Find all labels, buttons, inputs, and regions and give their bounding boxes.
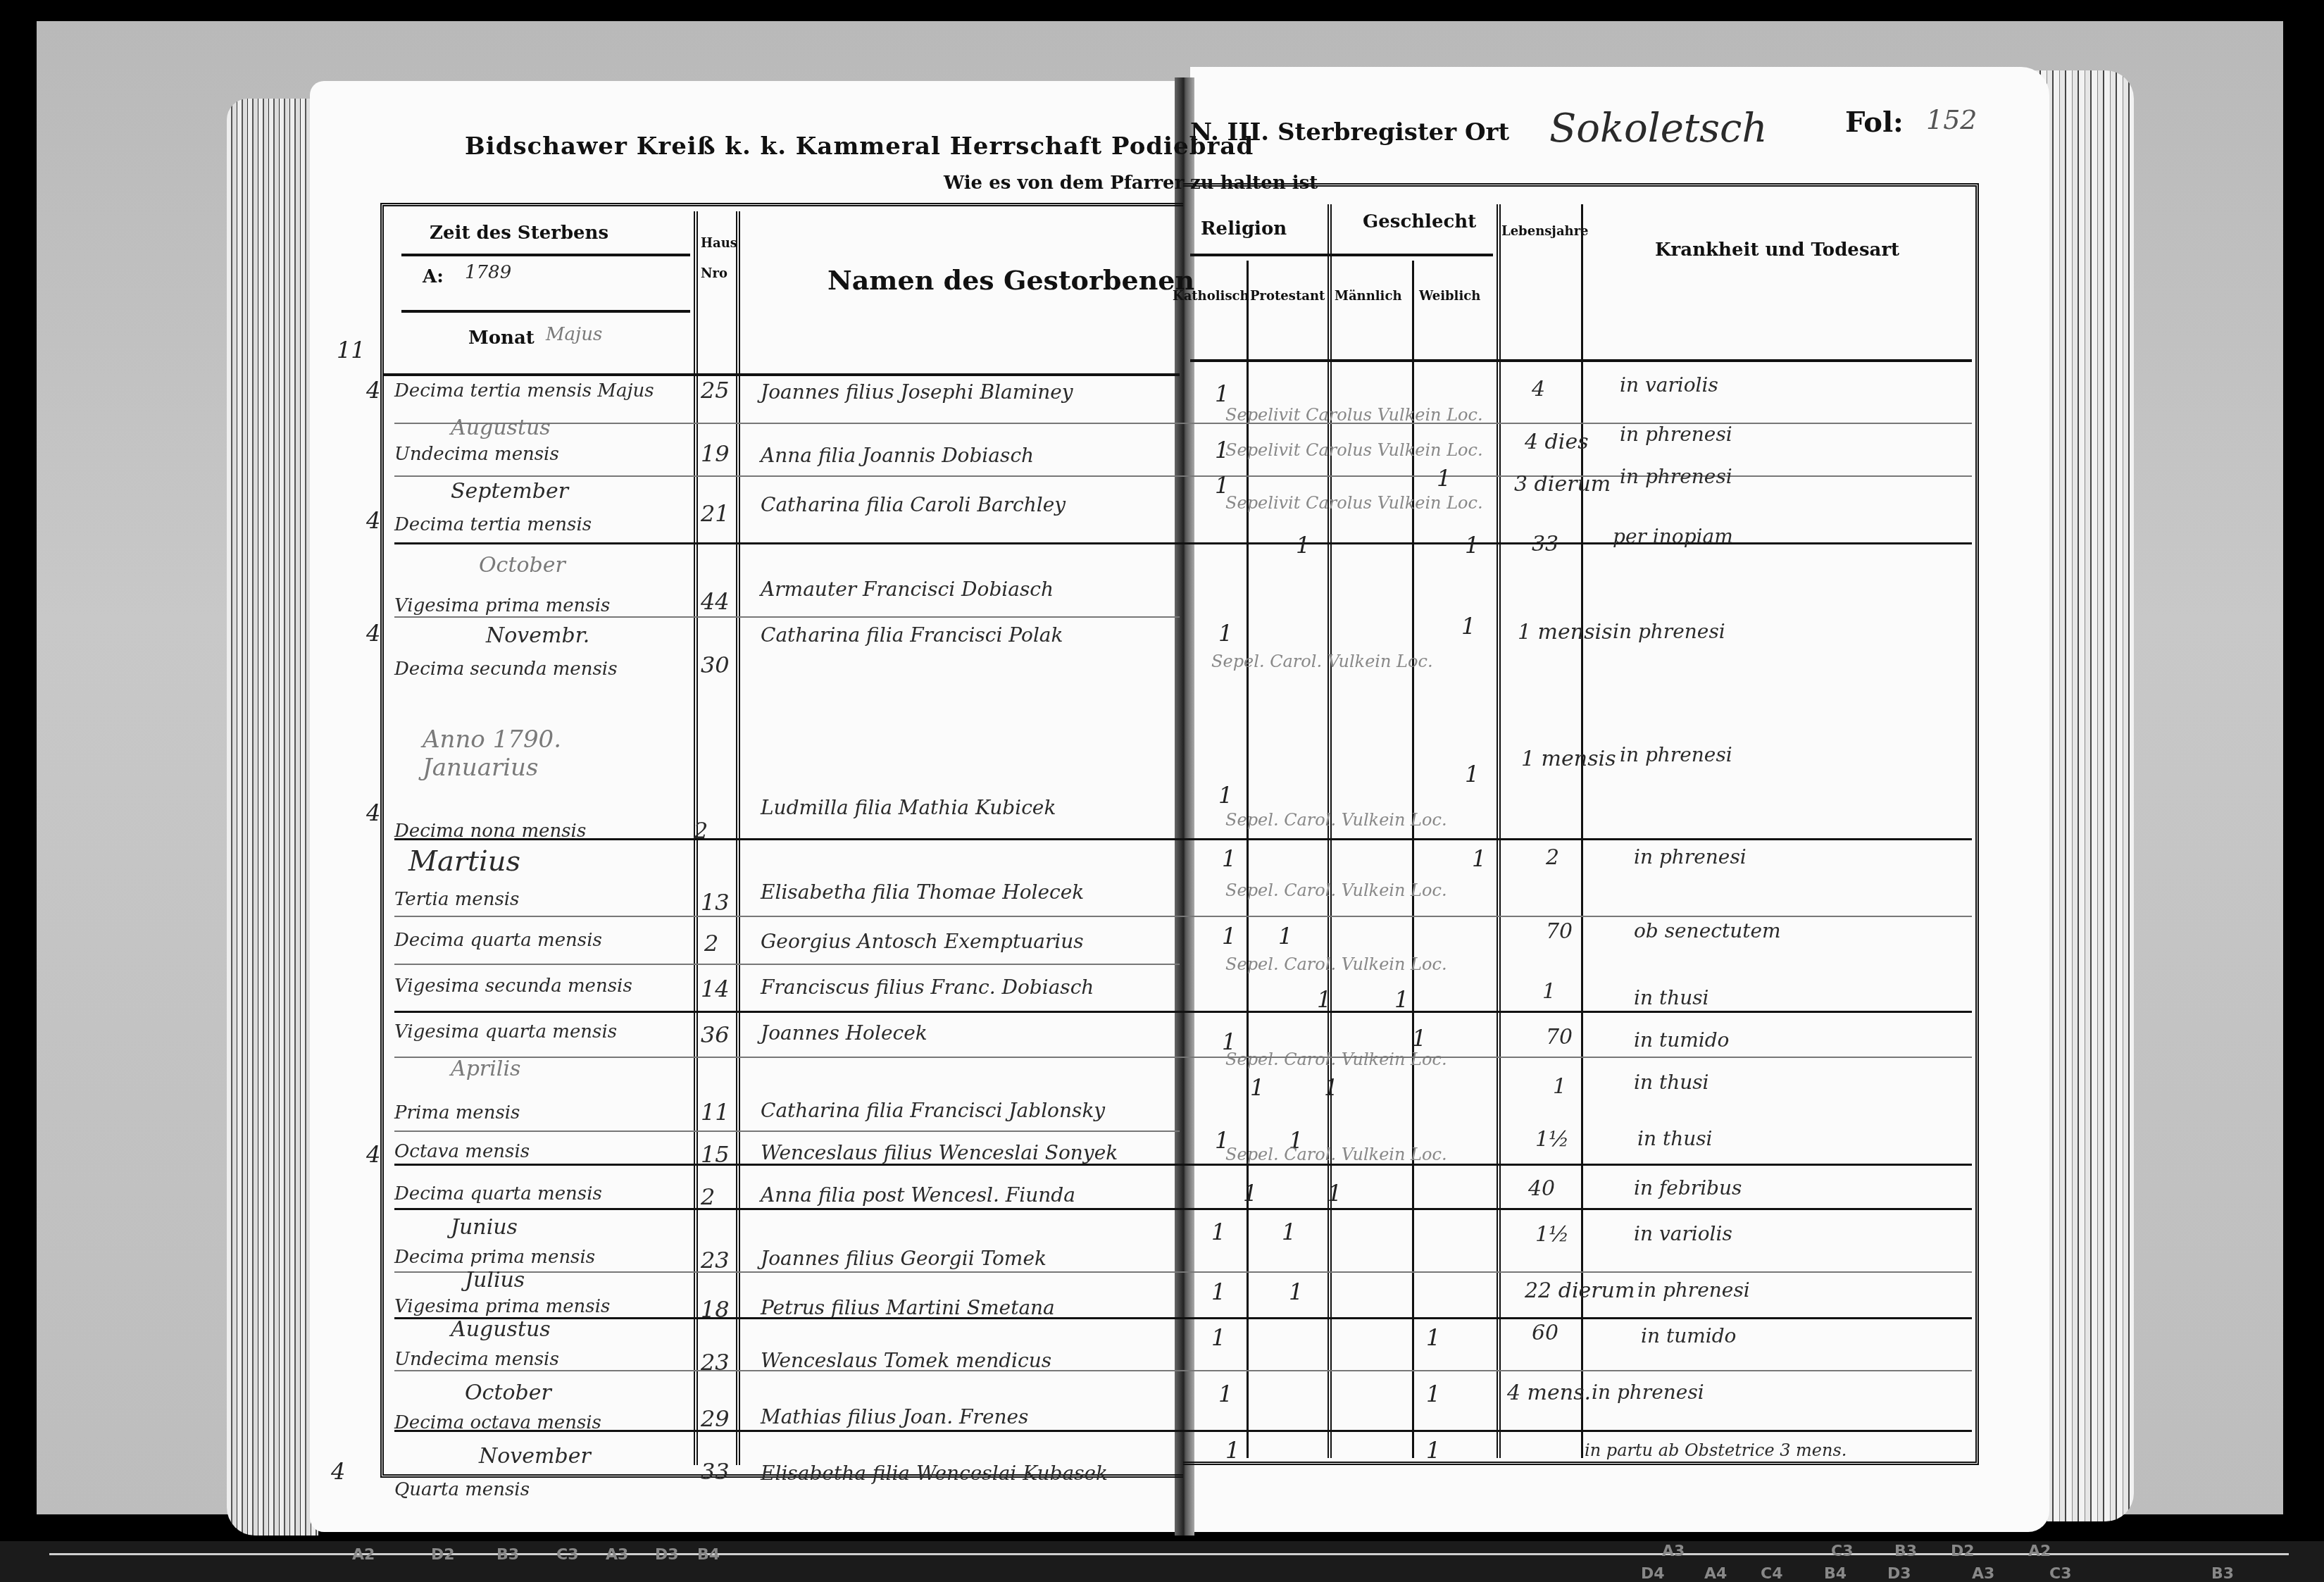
entry-date: Octava mensis	[394, 1141, 530, 1162]
month-heading: October	[465, 1381, 551, 1405]
entry-age: 4 mens.	[1507, 1381, 1591, 1405]
entry-female: 1	[1465, 532, 1479, 559]
row-rule	[394, 1271, 1972, 1273]
row-rule	[394, 1164, 1972, 1166]
entry-cause: in thusi	[1637, 1127, 1713, 1150]
entry-cause: in thusi	[1634, 986, 1709, 1009]
entry-female: 1	[1465, 761, 1479, 787]
header-rule-2	[401, 310, 690, 313]
entry-date: Tertia mensis	[394, 889, 519, 910]
row-rule	[394, 1057, 1972, 1058]
entry-age: 1	[1542, 979, 1556, 1004]
header-age: Lebensjahre	[1501, 224, 1579, 239]
entry-female: 1	[1324, 1074, 1338, 1101]
entry-date: Undecima mensis	[394, 1349, 559, 1370]
entry-cause: in phrenesi	[1620, 423, 1732, 446]
entry-date: Vigesima quarta mensis	[394, 1021, 617, 1042]
row-rule	[394, 616, 1180, 618]
header-time-of-death: Zeit des Sterbens	[430, 223, 608, 244]
film-mark: D2	[1951, 1543, 1975, 1560]
entry-date: Decima tertia mensis	[394, 514, 592, 535]
entry-name: Ludmilla filia Mathia Kubicek	[761, 796, 1056, 819]
entry-age: 1½	[1535, 1127, 1569, 1152]
entry-burial-note: Sepelivit Carolus Vulkein Loc.	[1225, 493, 1483, 513]
entry-age: 22 dierum	[1525, 1278, 1635, 1303]
book-edge-left	[227, 99, 318, 1536]
entry-house: 23	[701, 1349, 730, 1376]
entry-age: 1½	[1535, 1222, 1569, 1247]
divider-age-cause	[1581, 204, 1583, 1458]
film-mark: D3	[1887, 1565, 1911, 1582]
row-rule	[394, 1430, 1972, 1432]
entry-cause: in phrenesi	[1634, 845, 1747, 868]
entry-female: 1	[1412, 1025, 1426, 1052]
entry-date: Vigesima prima mensis	[394, 595, 610, 616]
entry-catholic: 1	[1225, 1437, 1239, 1464]
header-year-value: 1789	[465, 262, 511, 283]
film-mark: C4	[1761, 1565, 1782, 1582]
entry-house: 19	[701, 440, 730, 467]
entry-house: 23	[701, 1247, 730, 1273]
month-heading: November	[479, 1444, 591, 1469]
entry-house: 25	[701, 377, 730, 404]
entry-male: 1	[1250, 1074, 1264, 1101]
entry-age: 70	[1546, 919, 1573, 944]
film-mark: D4	[1641, 1565, 1665, 1582]
entry-house: 14	[701, 976, 730, 1002]
entry-house: 30	[701, 652, 730, 678]
entry-age: 33	[1532, 532, 1558, 556]
entry-burial-note: Sepelivit Carolus Vulkein Loc.	[1225, 440, 1483, 460]
month-heading: September	[451, 479, 568, 504]
entry-name: Catharina filia Caroli Barchley	[761, 493, 1066, 516]
header-month-value: Majus	[546, 324, 602, 345]
entry-female: 1	[1394, 986, 1408, 1013]
row-rule	[394, 916, 1972, 917]
entry-date: Vigesima prima mensis	[394, 1296, 610, 1317]
entry-age: 2	[1546, 845, 1559, 870]
entry-catholic: 1	[1218, 1381, 1232, 1407]
entry-cause: in phrenesi	[1620, 743, 1732, 766]
entry-name: Anna filia Joannis Dobiasch	[761, 444, 1034, 467]
entry-female: 1	[1289, 1278, 1303, 1305]
entry-age: 1 mensis	[1518, 620, 1613, 644]
entry-cause: in phrenesi	[1613, 620, 1725, 643]
folio-number: 152	[1926, 104, 1978, 135]
row-rule	[394, 1370, 1972, 1371]
month-heading: Augustus	[451, 416, 551, 440]
film-mark: A3	[1662, 1543, 1685, 1560]
month-heading: October	[479, 553, 566, 578]
film-mark: D3	[655, 1546, 679, 1564]
header-male: Männlich	[1335, 289, 1401, 304]
header-female: Weiblich	[1419, 289, 1480, 304]
entry-name: Elisabetha filia Thomae Holecek	[761, 880, 1084, 904]
header-year-label: A:	[423, 266, 444, 287]
entry-date: Decima tertia mensis Majus	[394, 380, 654, 401]
entry-date: Vigesima secunda mensis	[394, 976, 632, 997]
header-sex: Geschlecht	[1363, 211, 1476, 232]
entry-cause: in variolis	[1634, 1222, 1732, 1245]
entry-date: Undecima mensis	[394, 444, 559, 465]
film-mark: A3	[606, 1546, 628, 1564]
header-house-label: Haus	[701, 236, 737, 251]
film-mark: B3	[496, 1546, 519, 1564]
header-rule-religion-sex	[1190, 254, 1493, 256]
entry-male: 1	[1296, 532, 1310, 559]
entry-catholic: 1	[1222, 923, 1236, 949]
header-cause: Krankheit und Todesart	[1655, 239, 1899, 261]
entry-date: Quarta mensis	[394, 1479, 530, 1500]
entry-cause: in partu ab Obstetrice 3 mens.	[1585, 1440, 1847, 1460]
film-mark: A2	[2028, 1543, 2051, 1560]
entry-age: 1	[1553, 1074, 1566, 1099]
entry-cause: per inopiam	[1613, 525, 1733, 548]
entry-house: 33	[701, 1458, 730, 1485]
row-rule	[394, 1131, 1180, 1132]
entry-burial-note: Sepel. Carol. Vulkein Loc.	[1225, 954, 1447, 974]
header-bottom-rule-right	[1190, 359, 1972, 362]
month-heading: Augustus	[451, 1317, 551, 1342]
entry-house: 2	[704, 930, 718, 957]
entry-name: Catharina filia Francisci Polak	[761, 623, 1063, 647]
entry-cause: in febribus	[1634, 1176, 1742, 1200]
entry-name: Wenceslaus filius Wenceslai Sonyek	[761, 1141, 1118, 1164]
film-mark: C3	[1831, 1543, 1853, 1560]
header-bottom-rule-left	[384, 373, 1180, 376]
entry-female: 1	[1327, 1180, 1342, 1207]
entry-cause: in thusi	[1634, 1071, 1709, 1094]
film-mark: C3	[556, 1546, 578, 1564]
entry-cause: in phrenesi	[1637, 1278, 1750, 1302]
row-rule	[394, 838, 1972, 840]
margin-mark: 4	[366, 1141, 380, 1168]
film-mark: B3	[2211, 1565, 2234, 1582]
entry-burial-note: Sepel. Carol. Vulkein Loc.	[1225, 1050, 1447, 1069]
month-heading: Martius	[408, 845, 520, 878]
film-mark: C3	[2049, 1565, 2071, 1582]
entry-name: Wenceslaus Tomek mendicus	[761, 1349, 1051, 1372]
month-heading: Julius	[465, 1268, 525, 1293]
entry-date: Decima secunda mensis	[394, 659, 618, 680]
margin-mark: 4	[366, 507, 380, 534]
entry-male: 1	[1317, 986, 1331, 1013]
entry-catholic: 1	[1215, 380, 1229, 407]
entry-male: 1	[1243, 1180, 1257, 1207]
entry-house: 29	[701, 1405, 730, 1432]
margin-mark: 11	[337, 337, 366, 363]
entry-age: 1 mensis	[1521, 747, 1616, 771]
margin-mark: 4	[366, 377, 380, 404]
entry-catholic: 1	[1218, 620, 1232, 647]
entry-age: 60	[1532, 1321, 1558, 1345]
entry-female: 1	[1472, 845, 1486, 872]
right-page-title: N. III. Sterbregister Ort	[1190, 118, 1509, 147]
entry-cause: in phrenesi	[1620, 465, 1732, 488]
entry-catholic: 1	[1218, 782, 1232, 809]
entry-cause: in tumido	[1641, 1324, 1736, 1347]
row-rule	[394, 1011, 1972, 1013]
entry-catholic: 1	[1211, 1324, 1225, 1351]
entry-house: 13	[701, 889, 730, 916]
header-house-number: Nro	[701, 266, 727, 281]
entry-date: Decima quarta mensis	[394, 930, 602, 951]
entry-name: Franciscus filius Franc. Dobiasch	[761, 976, 1094, 999]
row-rule	[394, 1317, 1972, 1319]
entry-name: Georgius Antosch Exemptuarius	[761, 930, 1084, 953]
entry-male: 1	[1278, 923, 1292, 949]
entry-catholic: 1	[1211, 1278, 1225, 1305]
entry-house: 2	[701, 1183, 715, 1210]
header-protestant: Protestant	[1250, 289, 1325, 304]
entry-catholic: 1	[1222, 845, 1236, 872]
entry-name: Catharina filia Francisci Jablonsky	[761, 1099, 1105, 1122]
entry-age: 4 dies	[1525, 430, 1589, 454]
entry-date: Decima prima mensis	[394, 1247, 595, 1268]
entry-cause: in tumido	[1634, 1028, 1729, 1052]
entry-cause: in phrenesi	[1592, 1381, 1704, 1404]
film-mark: B4	[697, 1546, 720, 1564]
entry-name: Elisabetha filia Wenceslai Kubasek	[761, 1462, 1108, 1485]
entry-house: 44	[701, 588, 730, 615]
entry-house: 11	[701, 1099, 730, 1126]
entry-female: 1	[1426, 1381, 1440, 1407]
entry-date: Prima mensis	[394, 1102, 520, 1123]
header-rule-1	[401, 254, 690, 256]
entry-burial-note: Sepel. Carol. Vulkein Loc.	[1225, 880, 1447, 900]
entry-name: Armauter Francisci Dobiasch	[761, 578, 1054, 601]
row-rule	[394, 475, 1972, 477]
row-rule	[394, 542, 1972, 544]
row-rule	[394, 1208, 1972, 1210]
entry-cause: in variolis	[1620, 373, 1718, 397]
entry-burial-note: Sepelivit Carolus Vulkein Loc.	[1225, 405, 1483, 425]
entry-name: Petrus filius Martini Smetana	[761, 1296, 1055, 1319]
entry-name: Joannes Holecek	[761, 1021, 927, 1045]
month-heading: Aprilis	[451, 1057, 520, 1081]
entry-female: 1	[1282, 1219, 1296, 1245]
film-mark: A4	[1704, 1565, 1727, 1582]
entry-cause: ob senectutem	[1634, 919, 1781, 942]
margin-mark: 4	[331, 1458, 345, 1485]
entry-age: 3 dierum	[1514, 472, 1611, 497]
header-religion: Religion	[1201, 218, 1287, 239]
month-heading: Novembr.	[486, 623, 589, 648]
month-heading: Junius	[451, 1215, 518, 1240]
film-mark: B4	[1824, 1565, 1847, 1582]
row-rule	[394, 964, 1180, 965]
row-rule	[394, 423, 1972, 424]
entry-name: Anna filia post Wencesl. Fiunda	[761, 1183, 1075, 1207]
entry-burial-note: Sepel. Carol. Vulkein Loc.	[1225, 810, 1447, 830]
place-name: Sokoletsch	[1549, 106, 1767, 151]
left-page-subtitle: Wie es von dem Pfarrer	[944, 173, 1184, 194]
entry-name: Joannes filius Josephi Blaminey	[761, 380, 1073, 404]
header-month-label: Monat	[468, 328, 535, 349]
entry-house: 36	[701, 1021, 730, 1048]
film-mark: A2	[352, 1546, 375, 1564]
divider-sex-age	[1497, 204, 1501, 1458]
month-heading: Anno 1790. Januarius	[423, 725, 683, 782]
entry-date: Decima quarta mensis	[394, 1183, 602, 1204]
entry-burial-note: Sepel. Carol. Vulkein Loc.	[1225, 1145, 1447, 1164]
header-catholic: Katholisch	[1173, 289, 1249, 304]
margin-mark: 4	[366, 799, 380, 826]
left-page-title: Bidschawer Kreiß k. k. Kammeral Herrscha…	[465, 132, 1254, 161]
entry-age: 40	[1528, 1176, 1555, 1201]
entry-female: 1	[1461, 613, 1475, 640]
film-mark: D2	[431, 1546, 455, 1564]
film-mark: A3	[1972, 1565, 1994, 1582]
entry-burial-note: Sepel. Carol. Vulkein Loc.	[1211, 652, 1433, 671]
entry-age: 4	[1532, 377, 1545, 401]
divider-religion-sex	[1327, 204, 1332, 1458]
entry-catholic: 1	[1211, 1219, 1225, 1245]
entry-name: Mathias filius Joan. Frenes	[761, 1405, 1028, 1428]
entry-female: 1	[1426, 1324, 1440, 1351]
entry-house: 21	[701, 500, 730, 527]
film-mark: B3	[1894, 1543, 1917, 1560]
entry-name: Joannes filius Georgii Tomek	[761, 1247, 1047, 1270]
entry-age: 70	[1546, 1025, 1573, 1050]
header-name: Namen des Gestorbenen	[827, 264, 1194, 296]
folio-label: Fol:	[1845, 106, 1904, 139]
entry-female: 1	[1426, 1437, 1440, 1464]
margin-mark: 4	[366, 620, 380, 647]
entry-female: 1	[1437, 465, 1451, 492]
